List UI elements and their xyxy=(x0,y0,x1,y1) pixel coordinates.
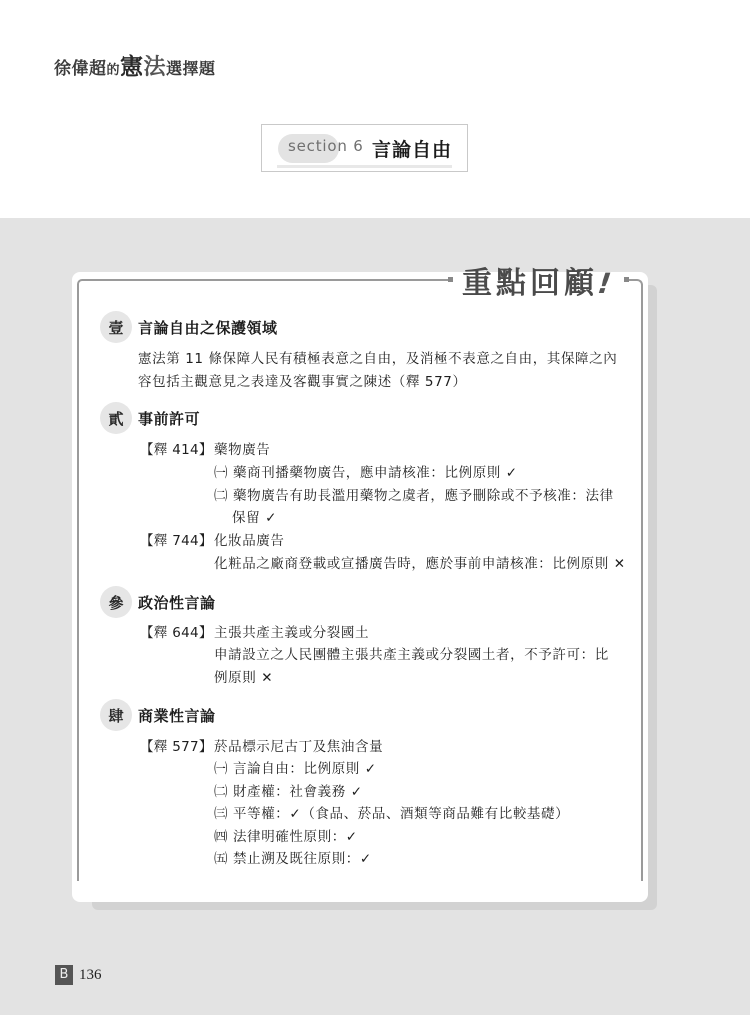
heading-number-badge: 肆 xyxy=(100,699,132,731)
heading-title: 商業性言論 xyxy=(138,705,216,726)
book-title-particle: 的 xyxy=(107,63,121,78)
case-item: ㈢ 平等權：✓（食品、菸品、酒類等商品難有比較基礎） xyxy=(214,802,569,822)
book-title-word2: 法 xyxy=(144,55,167,80)
book-title-word1: 憲 xyxy=(120,54,144,80)
case-item: ㈡ 藥物廣告有助長濫用藥物之虞者，應予刪除或不予核准：法律 xyxy=(214,484,614,504)
paragraph-line: 憲法第 11 條保障人民有積極表意之自由，及消極不表意之自由，其保障之內 xyxy=(138,347,617,367)
heading-3: 參 政治性言論 xyxy=(100,586,216,618)
check-icon: ✓ xyxy=(351,784,363,800)
heading-number-badge: 貳 xyxy=(100,402,132,434)
review-banner: 重點回顧! xyxy=(462,258,615,302)
check-icon: ✓ xyxy=(289,806,301,822)
check-icon: ✓ xyxy=(346,829,358,845)
page-number: 136 xyxy=(79,965,102,985)
book-title-suffix: 選擇題 xyxy=(166,59,216,78)
section-number: section 6 xyxy=(288,137,364,155)
frame-end-square-left xyxy=(448,277,453,282)
part-badge: B xyxy=(55,965,73,985)
cross-icon: ✕ xyxy=(261,670,273,686)
case-topic: 主張共產主義或分裂國土 xyxy=(214,621,369,641)
cross-icon: ✕ xyxy=(614,556,626,572)
check-icon: ✓ xyxy=(365,761,377,777)
section-title: 言論自由 xyxy=(372,135,452,162)
case-topic: 化妝品廣告 xyxy=(214,529,285,549)
case-item: ㈡ 財產權：社會義務 ✓ xyxy=(214,780,363,800)
case-reference: 【釋 744】 xyxy=(140,529,213,549)
heading-4: 肆 商業性言論 xyxy=(100,699,216,731)
review-banner-text: 重點回顧 xyxy=(462,266,598,301)
check-icon: ✓ xyxy=(360,851,372,867)
check-icon: ✓ xyxy=(265,510,277,526)
heading-title: 事前許可 xyxy=(138,408,200,429)
case-item: ㈤ 禁止溯及既往原則：✓ xyxy=(214,847,372,867)
case-item: 化粧品之廠商登載或宣播廣告時，應於事前申請核准：比例原則 ✕ xyxy=(214,552,626,572)
case-item-continued: 保留 ✓ xyxy=(232,506,277,526)
case-topic: 菸品標示尼古丁及焦油含量 xyxy=(214,735,383,755)
card-frame-top xyxy=(83,279,450,281)
case-item: ㈠ 言論自由：比例原則 ✓ xyxy=(214,757,377,777)
paragraph-line: 容包括主觀意見之表達及客觀事實之陳述（釋 577） xyxy=(138,370,467,390)
heading-number-badge: 壹 xyxy=(100,311,132,343)
heading-2: 貳 事前許可 xyxy=(100,402,200,434)
frame-end-square-right xyxy=(624,277,629,282)
case-item: ㈣ 法律明確性原則：✓ xyxy=(214,825,358,845)
heading-number-badge: 參 xyxy=(100,586,132,618)
heading-1: 壹 言論自由之保護領域 xyxy=(100,311,278,343)
case-item-continued: 例原則 ✕ xyxy=(214,666,273,686)
check-icon: ✓ xyxy=(506,465,518,481)
heading-title: 言論自由之保護領域 xyxy=(138,317,278,338)
case-reference: 【釋 414】 xyxy=(140,438,213,458)
case-reference: 【釋 644】 xyxy=(140,621,213,641)
section-header: section 6 言論自由 xyxy=(261,124,468,172)
case-item: 申請設立之人民團體主張共產主義或分裂國土者，不予許可：比 xyxy=(214,643,609,663)
case-topic: 藥物廣告 xyxy=(214,438,270,458)
section-underline xyxy=(277,165,452,168)
case-reference: 【釋 577】 xyxy=(140,735,213,755)
card-frame-left xyxy=(77,285,79,881)
case-item: ㈠ 藥商刊播藥物廣告，應申請核准：比例原則 ✓ xyxy=(214,461,518,481)
card-frame-right xyxy=(641,285,643,881)
book-title-author: 徐偉超 xyxy=(54,59,107,79)
heading-title: 政治性言論 xyxy=(138,592,216,613)
book-title: 徐偉超的憲法選擇題 xyxy=(54,48,216,81)
